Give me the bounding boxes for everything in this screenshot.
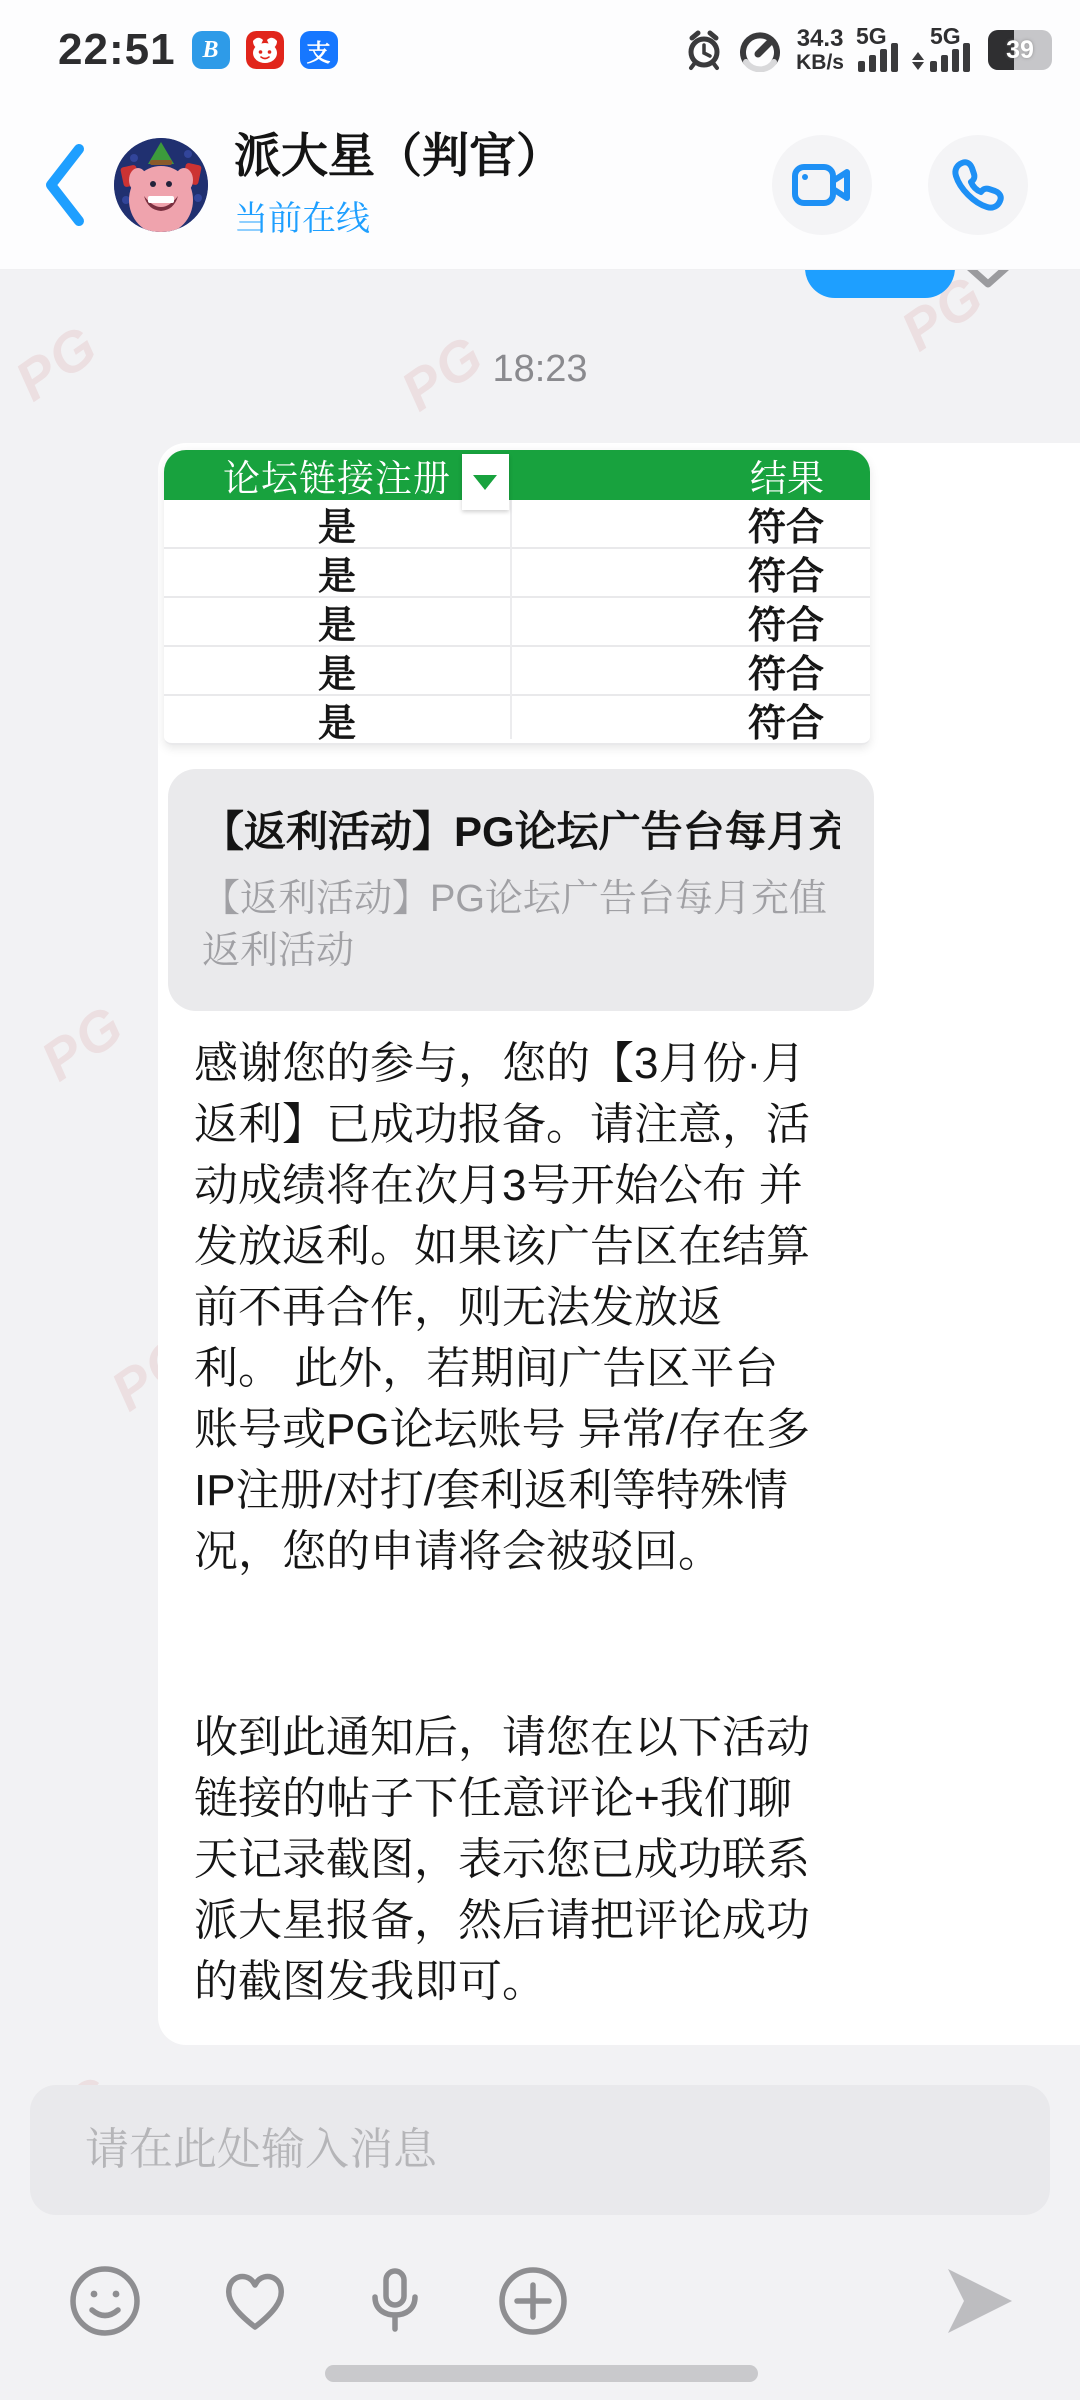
sim1-signal: 5G <box>858 29 898 72</box>
table-cell: 符合 <box>510 696 870 743</box>
network-speed: 34.3 KB/s <box>796 27 844 73</box>
phone-icon <box>950 157 1006 213</box>
table-cell: 是 <box>164 696 510 743</box>
result-table: 论坛链接注册 结果 是 符合 是 符合 是 符合 <box>164 450 870 745</box>
table-cell: 符合 <box>510 549 870 596</box>
composer-area <box>0 2045 1080 2400</box>
contact-name: 派大星（判官） <box>234 129 772 183</box>
table-cell: 是 <box>164 598 510 645</box>
video-camera-icon <box>791 159 853 211</box>
table-cell: 是 <box>164 647 510 694</box>
status-bar: 22:51 B 支 <box>0 0 1080 100</box>
send-arrow-icon <box>940 2263 1020 2339</box>
b-app-icon: B <box>192 31 230 69</box>
more-actions-button[interactable] <box>491 2259 575 2343</box>
send-button[interactable] <box>938 2259 1022 2343</box>
jd-app-icon <box>246 31 284 69</box>
video-call-button[interactable] <box>772 135 872 235</box>
heart-icon <box>217 2263 293 2339</box>
table-header-forum-link: 论坛链接注册 <box>164 450 510 500</box>
emoji-button[interactable] <box>63 2259 147 2343</box>
table-cell: 符合 <box>510 500 870 547</box>
speedometer-icon <box>738 28 782 72</box>
link-preview-card[interactable]: 【返利活动】PG论坛广告台每月充... 【返利活动】PG论坛广告台每月充值返利活… <box>168 769 874 1011</box>
jd-dog-icon <box>246 31 284 69</box>
online-status: 当前在线 <box>234 191 772 240</box>
smiley-icon <box>67 2263 143 2339</box>
table-row: 是 符合 <box>164 500 870 549</box>
table-row: 是 符合 <box>164 696 870 745</box>
data-activity-icon <box>912 52 924 70</box>
table-header-result: 结果 <box>510 450 870 500</box>
chat-header: 派大星（判官） 当前在线 <box>0 100 1080 270</box>
voice-message-button[interactable] <box>353 2259 437 2343</box>
composer-toolbar <box>0 2245 1080 2355</box>
phone-screen: 22:51 B 支 <box>0 0 1080 2400</box>
home-indicator[interactable] <box>325 2365 758 2382</box>
voice-call-button[interactable] <box>928 135 1028 235</box>
table-row: 是 符合 <box>164 598 870 647</box>
battery-icon: 39 <box>988 30 1052 70</box>
alarm-clock-icon <box>684 28 724 72</box>
battery-percent: 39 <box>988 30 1052 70</box>
sent-message-bubble-partial[interactable] <box>805 270 955 298</box>
microphone-icon <box>357 2263 433 2339</box>
favorite-button[interactable] <box>213 2259 297 2343</box>
table-cell: 符合 <box>510 598 870 645</box>
chevron-left-icon <box>43 141 87 229</box>
message-paragraph-1: 感谢您的参与，您的【3月份·月 返利】已成功报备。请注意，活 动成绩将在次月3号… <box>194 1033 1030 1582</box>
triangle-down-icon <box>473 475 497 490</box>
table-row: 是 符合 <box>164 647 870 696</box>
chevron-down-icon[interactable] <box>966 270 1010 295</box>
alipay-app-icon: 支 <box>300 31 338 69</box>
message-input-bar[interactable] <box>30 2085 1050 2215</box>
message-timestamp: 18:23 <box>0 348 1080 391</box>
message-input[interactable] <box>30 2085 1050 2215</box>
link-card-title: 【返利活动】PG论坛广告台每月充... <box>202 799 840 859</box>
table-cell: 是 <box>164 500 510 547</box>
sim2-signal: 5G <box>912 29 970 72</box>
message-paragraph-2: 收到此通知后，请您在以下活动 链接的帖子下任意评论+我们聊 天记录截图，表示您已… <box>194 1707 1030 2012</box>
avatar[interactable] <box>114 138 208 232</box>
filter-dropdown-button[interactable] <box>462 454 509 510</box>
table-cell: 是 <box>164 549 510 596</box>
back-button[interactable] <box>30 130 100 240</box>
clock-time: 22:51 <box>58 25 176 75</box>
plus-circle-icon <box>495 2263 571 2339</box>
link-card-subtitle: 【返利活动】PG论坛广告台每月充值返利活动 <box>202 873 840 977</box>
patrick-star-avatar-icon <box>114 138 208 232</box>
table-header-row: 论坛链接注册 结果 <box>164 450 870 500</box>
received-message-bubble: 论坛链接注册 结果 是 符合 是 符合 是 符合 <box>158 443 1080 2045</box>
table-cell: 符合 <box>510 647 870 694</box>
table-row: 是 符合 <box>164 549 870 598</box>
